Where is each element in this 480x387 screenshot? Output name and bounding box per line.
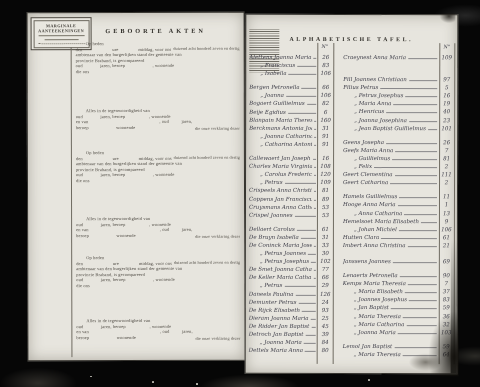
table-row: „ Petrus Josephus102 [249,259,333,267]
entry-name: „ Joanna [249,93,284,99]
table-row: „ Franciscus83 [249,63,333,71]
entry-name: Crispel Joannes [249,212,293,218]
entry-name: Charles Maria Virginia [249,164,312,170]
entry-number: 39 [318,332,333,338]
table-row: Geefs Maria Anna7 [343,148,454,156]
entry-name: Dellaert Carolus [249,227,295,233]
table-row: „ Petrus Joannes30 [249,251,333,259]
entry-name: „ Joanna Josephina [343,118,407,124]
table-row: Filius Petrus5 [343,85,454,93]
entry-name: Craeynest Anna Maria [343,55,406,61]
leader-line [380,88,437,89]
scanned-register-page: { "left_page": { "margin_box": { "title_… [0,0,480,387]
table-row: Charles Maria Virginia108 [249,164,333,172]
entry-number: 23 [439,118,454,124]
table-row: De Coninck Maria Josepha33 [249,243,333,251]
birth-act-form-2: Op hedenden ure middag, voor onsambtenaa… [76,150,240,183]
entry-name: Hamels Guillielmus [343,194,397,200]
table-row: Hemelsoet Maria Elisabeth9 [343,219,454,227]
leader-line [409,80,437,81]
entry-name: De Bruyn Isabella [249,235,299,241]
leader-line [311,319,316,320]
leader-line [302,88,317,89]
table-row: Demunter Petrus24 [249,299,333,307]
table-row: Beije Egidius6 [249,109,333,117]
entry-name: De Coninck Maria Josepha [249,243,312,249]
entry-number: 53 [318,213,333,219]
leader-line [297,66,316,67]
entry-name: „ Petrus Josephus [343,93,403,99]
entry-name: „ Maria Elisabeth [343,289,403,295]
entry-name: Hemelsoet Maria Elisabeth [343,219,419,225]
entry-number: 91 [318,142,333,148]
entry-name: „ Isabella [249,71,286,77]
leader-line [399,230,437,231]
table-row: De Ridder Jan Baptist45 [249,324,333,332]
leader-line [311,262,316,263]
table-row: „ Catharina Antonia91 [249,142,333,150]
entry-number: 30 [318,251,333,257]
leader-line [288,112,316,113]
leader-line [311,327,315,328]
entry-number: 16 [318,156,333,162]
entry-number: 16 [439,93,454,99]
entry-number: 84 [318,340,333,346]
entry-name: Geert Clementina [343,172,393,178]
entry-number: 29 [318,283,333,289]
page-title-alphabetische-tafel: ALPHABETISCHE TAFEL. [281,37,421,43]
entry-number: 5 [439,85,454,91]
entry-name: Dieram Joanna Maria [249,316,309,322]
leader-line [393,104,437,105]
leader-line [314,121,316,122]
entry-name: Lenaerts Petronella [343,273,398,279]
stain [439,13,455,23]
leader-line [407,246,436,247]
leader-line [390,183,437,184]
entry-name: Imbert Anna Christina [343,243,406,249]
entry-name: „ Maria Theresia [343,314,401,320]
entry-number: 45 [318,324,333,330]
entry-name: „ Joannes Josephus [343,297,407,303]
leader-line [381,238,437,239]
entry-name: Hutten Clara [343,235,379,241]
entry-number: 80 [318,348,333,354]
stain [409,353,443,371]
leader-line [286,96,316,97]
birth-act-form-3: Op hedenden ure middag, voor onsambtenaa… [76,255,240,288]
leader-line [408,284,437,285]
leader-line [408,58,437,59]
entry-number: 83 [318,63,333,69]
table-row: „ Maria Anna19 [343,101,454,109]
entry-name: Cruysmans Anna Catharina [249,204,312,210]
number-column-header: N° [439,45,454,50]
entry-name: Geens Josepha [343,140,384,146]
table-row: „ Petrus29 [249,283,333,291]
table-row: Lenaerts Petronella90 [343,273,454,281]
entry-name: De Ridder Jan Baptist [249,324,310,330]
table-row: „ Petrus109 [249,180,333,188]
entry-name: „ Maria Anna [343,101,391,107]
entry-name: Fill Joannes Christiaan [343,77,407,83]
witness-clause-1: Alles in de tegenwoordigheid vanoud jare… [76,108,240,130]
entry-name: „ Jean Baptist Guillielmus [343,126,426,132]
printed-year-text: duizend acht honderd zeven en dertig [174,154,240,159]
entry-name: „ Johan Michiel [343,227,397,233]
table-row: De Bruyn Isabella31 [249,235,333,243]
leader-line [299,303,316,304]
entry-number: 26 [318,55,333,61]
entry-number: 102 [318,259,333,265]
entry-number: 40 [439,110,454,116]
entry-name: Geefs Maria Anna [343,148,393,154]
table-row: Berckmans Antonia Joanna31 [249,126,333,134]
table-row: „ Petrus Josephus16 [343,93,454,101]
table-row: De Smet Joanna Catharina77 [249,267,333,275]
scan-speck [196,383,198,385]
table-row: „ Joanna106 [249,93,333,101]
table-row: Craeynest Anna Maria109 [343,55,454,63]
leader-line [374,167,437,168]
leader-line [295,216,316,217]
entry-name: Crispeels Anna Christina [249,188,312,194]
entry-name: „ Felix [343,164,372,170]
leader-line [400,276,437,277]
entry-number: 108 [318,164,333,170]
table-row: Blanpain Maria Theresia160 [249,117,333,125]
entry-number: 6 [318,109,333,115]
witness-right-text: die onze verklaring dezer [195,234,240,239]
leader-line [391,309,437,310]
margin-box-rule [38,35,84,36]
entry-number: 120 [318,172,333,178]
leader-line [301,238,316,239]
entry-number: 82 [318,101,333,107]
table-row: Imbert Anna Christina21 [343,243,454,251]
table-row: „ Joanna Josephina23 [343,118,454,126]
entry-name: „ Petrus [249,283,283,289]
table-row: Janssens Joannes69 [343,259,454,267]
witness-right-text: die onze verklaring dezer [195,336,240,341]
leader-line [304,343,316,344]
entry-number: 109 [318,180,333,186]
entry-number: 9 [439,219,454,225]
leader-line [395,151,437,152]
entry-number: 106 [318,71,333,77]
table-row: Cruysmans Anna Catharina53 [249,204,333,212]
table-row: Crispel Joannes53 [249,212,333,220]
witness-clause-2: Alles in de tegenwoordigheid vanoud jare… [76,216,240,238]
leader-line [405,292,437,293]
entry-name: Filius Petrus [343,85,378,91]
leader-line [392,159,437,160]
entry-name: Kemps Maria Theresia [343,281,406,287]
table-row: Hutten Clara61 [343,235,454,243]
entry-number: 7 [439,148,454,154]
entry-name: Bogaert Guillielmus [249,101,305,107]
entry-number: 2 [439,164,454,170]
entry-number: 66 [318,275,333,281]
leader-line [314,199,316,200]
entry-name: Bergen Petronella [249,85,299,91]
leader-line [421,222,437,223]
entry-number: 66 [318,85,333,91]
entry-name: Hooge Anna Maria [343,202,396,208]
entry-number: 93 [318,308,333,314]
leader-line [314,129,316,130]
leader-line [306,335,316,336]
table-row: Kemps Maria Theresia7 [343,281,454,289]
entry-name: Beije Egidius [249,109,286,115]
leader-line [314,137,316,138]
entry-name: Lemol Jan Baptist [343,344,393,350]
entry-number: 2 [439,180,454,186]
table-row: „ Felix2 [343,164,454,172]
leader-line [409,300,437,301]
entry-name: „ Henricus [343,109,384,115]
page-title-geboorte-akten: GEBOORTE AKTEN [72,28,240,35]
entry-name: „ Maria Catharina [343,322,405,328]
entry-number: 126 [318,291,333,297]
leader-line [305,351,316,352]
entry-name: „ Catharina Antonia [249,142,312,148]
leader-line [314,278,316,279]
form-line: die ons [76,177,240,183]
leader-line [295,294,315,295]
table-row: „ Carolus Fredericus120 [249,172,333,180]
entry-number: 97 [439,77,454,83]
table-row: De Keller Maria Catharina66 [249,275,333,283]
leader-line [409,121,437,122]
leader-line [314,270,316,271]
margin-box-rule [44,39,78,40]
leader-line [404,214,437,215]
entry-name: Janssens Joannes [343,259,391,265]
leader-line [393,262,437,263]
entry-name: De Smet Joanna Catharina [249,267,312,273]
table-row: Bogaert Guillielmus82 [249,101,333,109]
table-row: Hooge Anna Maria1 [343,202,454,210]
table-row: Bergen Petronella66 [249,85,333,93]
number-column-header: N° [317,45,332,50]
entry-number: 26 [439,140,454,146]
table-row: „ Joanna Maria84 [249,340,333,348]
table-row: Crispeels Anna Christina81 [249,188,333,196]
entry-name: De Rijck Elisabeth [249,308,300,314]
table-row: „ Anna Catharina13 [343,210,454,218]
entry-number: 13 [439,211,454,217]
entry-name: Daneels Paulina [249,291,294,297]
entry-name: Detroch Jan Baptist [249,332,304,338]
entry-name: Callewaert Jan Joseph [249,156,311,162]
entry-number: 31 [318,235,333,241]
entry-number: 24 [318,300,333,306]
printed-year-text: duizend acht honderd zeven en dertig [174,259,240,264]
entry-number: 11 [439,194,454,200]
leader-line [313,159,316,160]
leader-line [284,286,315,287]
leader-line [405,96,437,97]
leader-line [398,206,437,207]
table-row: „ Isabella106 [249,71,333,79]
leader-line [307,104,316,105]
entry-name: „ Jan Baptist [343,305,389,311]
leader-line [302,311,316,312]
table-row: „ Guillielmus81 [343,156,454,164]
table-row: „ Jean Baptist Guillielmus101 [343,126,454,134]
leader-line [289,74,317,75]
table-row: „ Joannes Josephus83 [343,297,454,305]
entry-name: „ Anna Catharina [343,210,402,216]
form-line: die ons [76,282,240,288]
table-row: Hamels Guillielmus11 [343,194,454,202]
entry-number: 160 [318,118,333,124]
table-row: Callewaert Jan Joseph16 [249,156,333,164]
leader-line [399,197,437,198]
entry-number: 89 [318,196,333,202]
entry-name: Coppens Jan Franciscus [249,196,312,202]
table-row: Dieram Joanna Maria25 [249,316,333,324]
entry-name: „ Maria Theresia [343,352,401,358]
table-row: Coppens Jan Franciscus89 [249,196,333,204]
entry-number: 91 [318,134,333,140]
entry-number: 53 [318,205,333,211]
table-row: „ Joanna Catharina91 [249,134,333,142]
entry-number: 25 [318,316,333,322]
leader-line [314,58,317,59]
table-row: Detroch Jan Baptist39 [249,332,333,340]
table-row: Geert Catharina2 [343,180,454,188]
table-row: Geens Josepha26 [343,140,454,148]
entry-name: „ Carolus Fredericus [249,172,312,178]
entry-name: „ Joanna Maria [343,330,396,336]
scan-speck [368,379,370,381]
entry-name: „ Joanna Maria [249,340,302,346]
leader-line [314,191,316,192]
form-line: die ons [76,68,240,74]
leader-line [285,183,316,184]
leader-line [297,230,316,231]
table-row: Alettens Joanna Maria26 [249,55,333,63]
scan-speck [90,376,92,377]
table-row: „ Johan Michiel106 [343,227,454,235]
entry-number: 19 [439,102,454,108]
entry-name: Blanpain Maria Theresia [249,117,312,123]
table-row: Daneels Paulina126 [249,291,333,299]
entry-number: 31 [318,126,333,132]
leader-line [314,246,316,247]
table-row: Dettels Maria Anna80 [249,348,333,356]
entry-number: 61 [318,227,333,233]
entry-name: „ Joanna Catharina [249,134,312,140]
leader-line [395,175,437,176]
printed-year-text: duizend acht honderd zeven en dertig [173,45,239,50]
entry-number: 109 [439,55,454,61]
entry-number: 1 [439,203,454,209]
entry-name: „ Petrus [249,180,283,186]
leader-line [428,129,437,130]
entry-name: De Keller Maria Catharina [249,275,312,281]
leader-line [386,143,437,144]
entry-number: 81 [318,188,333,194]
scan-speck [152,381,154,383]
witness-right-text: die onze verklaring dezer [195,126,240,131]
leader-line [314,208,316,209]
table-row: „ Maria Elisabeth37 [343,289,454,297]
index-column-left: Alettens Joanna Maria26„ Franciscus83„ I… [249,55,334,356]
entry-number: 106 [439,227,454,233]
table-row: „ Henricus40 [343,109,454,117]
table-row: Dellaert Carolus61 [249,227,333,235]
entry-name: Dettels Maria Anna [249,348,303,354]
entry-number: 111 [439,172,454,178]
leader-line [386,113,437,114]
entry-name: Geert Catharina [343,180,388,186]
entry-number: 77 [318,267,333,273]
entry-name: „ Petrus Josephus [249,259,309,265]
left-page-geboorte-akten: MARGINALE AANTEEKENINGEN GEBOORTE AKTEN … [27,12,246,362]
entry-number: 106 [318,93,333,99]
leader-line [308,254,316,255]
entry-name: Berckmans Antonia Joanna [249,126,312,132]
entry-name: „ Franciscus [249,63,295,69]
birth-act-form-1: Op hedenden ure middag, voor onsambtenaa… [76,41,240,74]
entry-number: 101 [439,126,454,132]
entry-name: Alettens Joanna Maria [249,55,311,61]
right-page-alphabetische-tafel: ALPHABETISCHE TAFEL. N° N° Alettens Joan… [245,14,459,374]
margin-divider-rule [71,47,73,357]
leader-line [314,175,316,176]
entry-name: „ Petrus Joannes [249,251,306,257]
entry-name: Demunter Petrus [249,299,297,305]
entry-number: 33 [318,243,333,249]
entry-number: 81 [439,156,454,162]
table-row: Geert Clementina111 [343,172,454,180]
leader-line [314,167,316,168]
table-row: Fill Joannes Christiaan97 [343,77,454,85]
witness-clause-3: Alles in de tegenwoordigheid vanoud jare… [76,318,240,340]
entry-name: „ Guillielmus [343,156,390,162]
table-row: De Rijck Elisabeth93 [249,308,333,316]
leader-line [314,145,316,146]
